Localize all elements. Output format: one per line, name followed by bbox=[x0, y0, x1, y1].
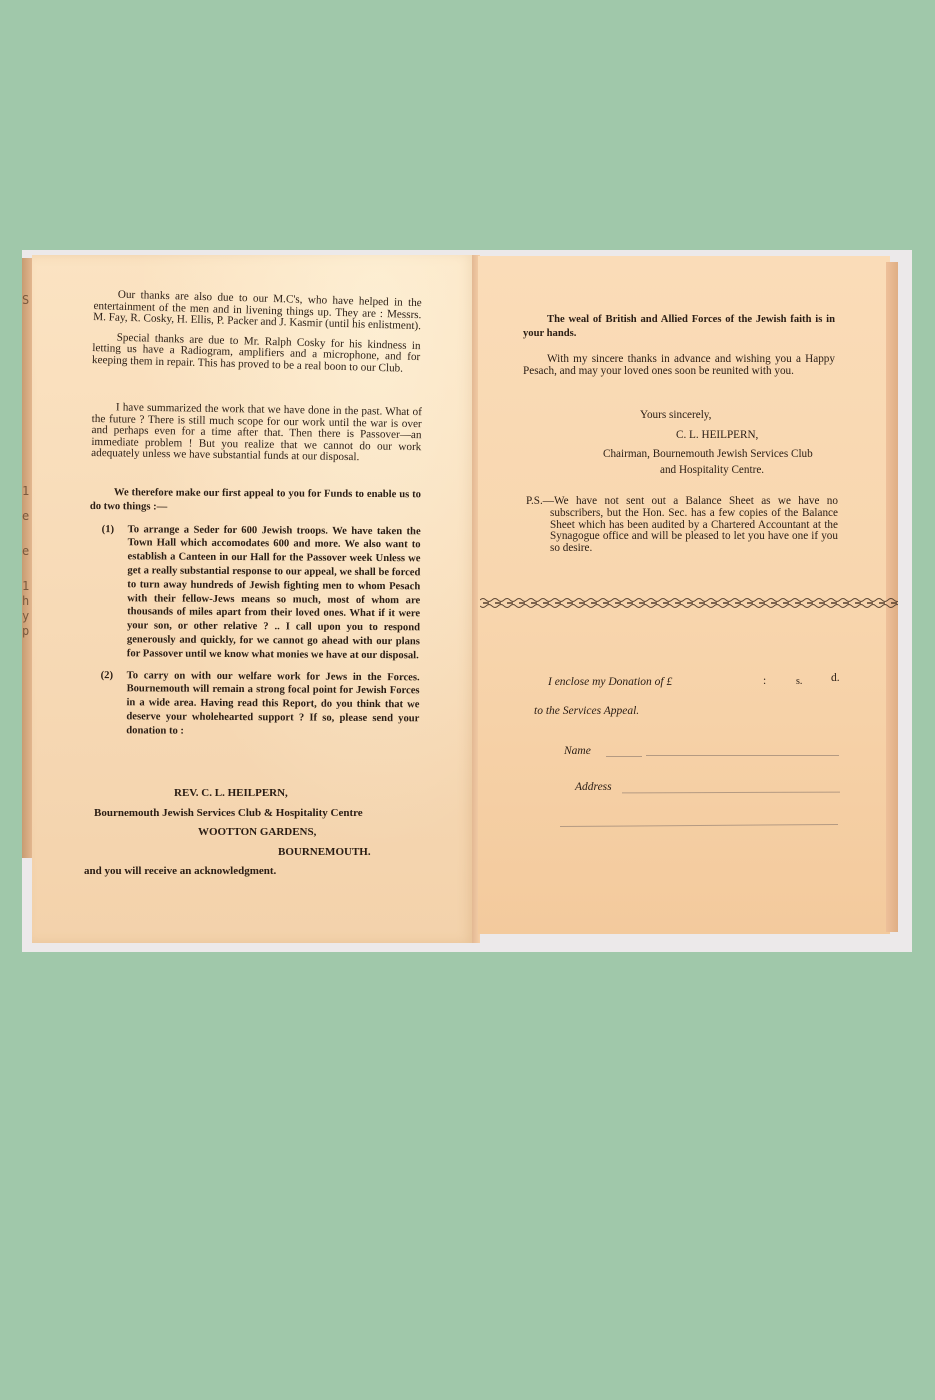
future-paragraph: I have summarized the work that we have … bbox=[91, 402, 422, 465]
thanks-statement: With my sincere thanks in advance and wi… bbox=[523, 354, 835, 377]
signatory-name: C. L. HEILPERN, bbox=[520, 425, 840, 445]
donation-label: I enclose my Donation of £ bbox=[548, 676, 672, 688]
name-underline-short bbox=[606, 756, 642, 757]
margin-glyph: e bbox=[22, 510, 29, 522]
name-underline bbox=[646, 755, 839, 756]
postscript: P.S.—We have not sent out a Balance Shee… bbox=[526, 496, 838, 555]
perforation-line bbox=[480, 596, 898, 610]
donation-shillings-field[interactable] bbox=[770, 676, 794, 690]
address-street: WOOTTON GARDENS, bbox=[84, 823, 424, 843]
shillings-label: s. bbox=[796, 676, 802, 687]
appeal-item-number: (1) bbox=[101, 523, 128, 661]
margin-glyph: 1 bbox=[22, 580, 29, 592]
left-page-text: Our thanks are also due to our M.C's, wh… bbox=[92, 289, 422, 375]
address-town: BOURNEMOUTH. bbox=[84, 843, 424, 863]
name-label: Name bbox=[564, 745, 591, 757]
weal-text: The weal of British and Allied Forces of… bbox=[523, 313, 835, 341]
signatory-title-1: Chairman, Bournemouth Jewish Services Cl… bbox=[520, 447, 840, 462]
weal-statement: The weal of British and Allied Forces of… bbox=[523, 313, 835, 341]
signoff: Yours sincerely, bbox=[520, 405, 840, 425]
donation-pence-field[interactable] bbox=[806, 676, 830, 690]
appeal-item-number: (2) bbox=[100, 669, 126, 738]
donation-colon: : bbox=[763, 675, 766, 687]
appeal-intro: We therefore make our first appeal to yo… bbox=[90, 486, 421, 516]
appeal-item-2: (2) To carry on with our welfare work fo… bbox=[100, 669, 419, 740]
margin-glyph: h bbox=[22, 595, 29, 607]
appeal-item-text: To arrange a Seder for 600 Jewish troops… bbox=[127, 523, 421, 663]
margin-glyph: 1 bbox=[22, 485, 29, 497]
acknowledgment-line: and you will receive an acknowledgment. bbox=[84, 862, 424, 882]
thanks-text: With my sincere thanks in advance and wi… bbox=[523, 354, 835, 377]
margin-glyph: S bbox=[22, 294, 29, 306]
donation-address: REV. C. L. HEILPERN, Bournemouth Jewish … bbox=[84, 784, 424, 882]
appeal-section: We therefore make our first appeal to yo… bbox=[88, 486, 421, 740]
services-appeal-label: to the Services Appeal. bbox=[534, 705, 639, 717]
postscript-text: P.S.—We have not sent out a Balance Shee… bbox=[526, 496, 838, 555]
future-section: I have summarized the work that we have … bbox=[91, 402, 422, 465]
margin-glyph: y bbox=[22, 610, 29, 622]
margin-glyph: e bbox=[22, 545, 29, 557]
address-label: Address bbox=[575, 781, 612, 793]
pence-label: d. bbox=[831, 672, 840, 684]
margin-glyph: p bbox=[22, 625, 29, 637]
signatory-title-2: and Hospitality Centre. bbox=[520, 462, 840, 478]
appeal-item-1: (1) To arrange a Seder for 600 Jewish tr… bbox=[101, 523, 421, 663]
adjacent-page-edge bbox=[22, 258, 32, 858]
donation-pounds-field[interactable] bbox=[720, 676, 760, 690]
appeal-item-text: To carry on with our welfare work for Je… bbox=[126, 669, 419, 740]
signature-block: Yours sincerely, C. L. HEILPERN, Chairma… bbox=[520, 405, 840, 478]
address-name: REV. C. L. HEILPERN, bbox=[84, 784, 424, 804]
address-org: Bournemouth Jewish Services Club & Hospi… bbox=[84, 804, 424, 824]
thanks-mcs-paragraph: Our thanks are also due to our M.C's, wh… bbox=[93, 289, 422, 333]
